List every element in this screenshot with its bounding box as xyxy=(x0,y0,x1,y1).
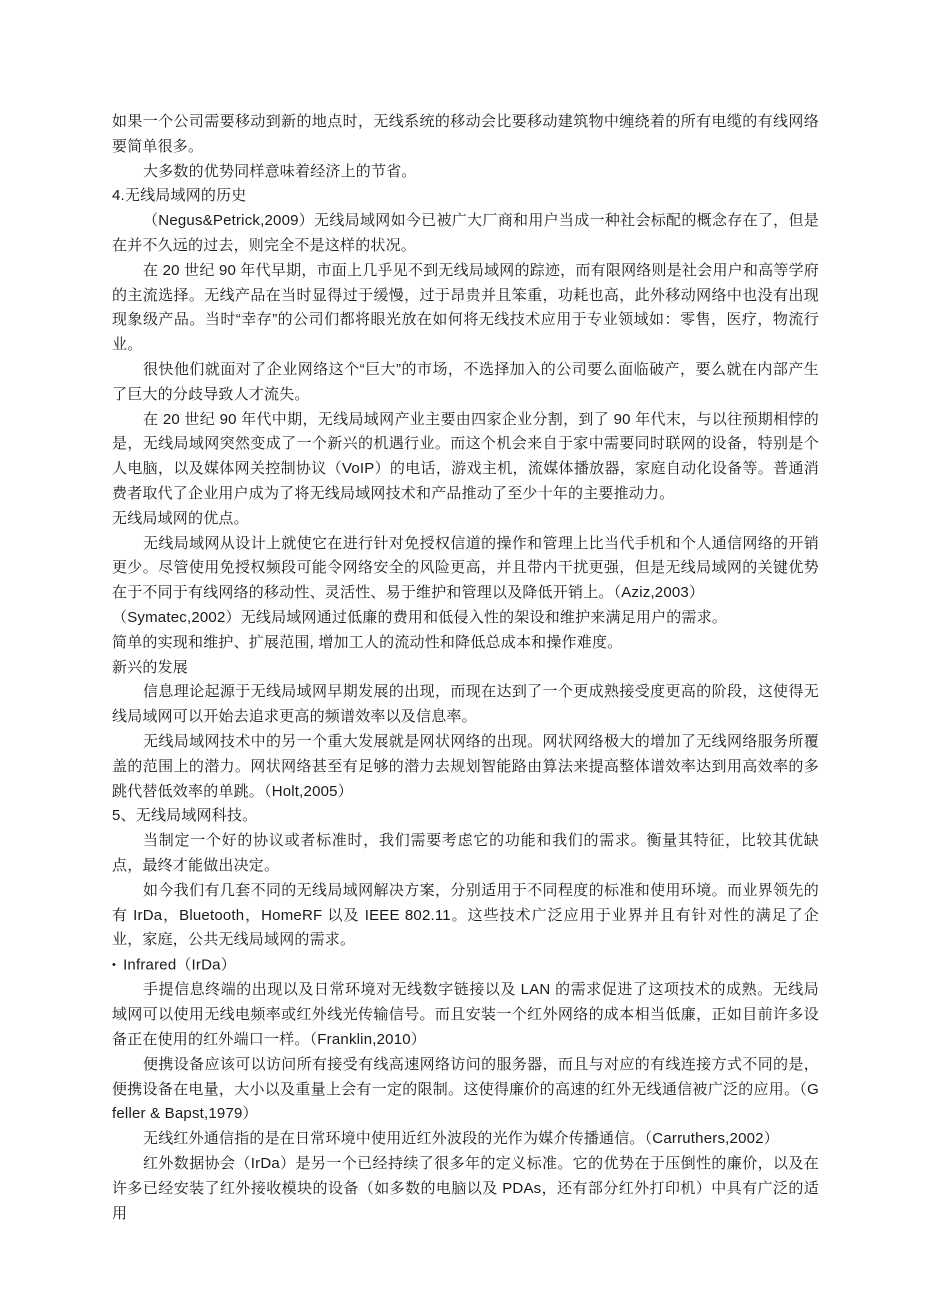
paragraph: 在 20 世纪 90 年代早期，市面上几乎见不到无线局域网的踪迹，而有限网络则是… xyxy=(112,259,819,358)
section-heading: 5、无线局域网科技。 xyxy=(112,804,819,829)
paragraph: 如果一个公司需要移动到新的地点时，无线系统的移动会比要移动建筑物中缠绕着的所有电… xyxy=(112,110,819,160)
paragraph: 在 20 世纪 90 年代中期，无线局域网产业主要由四家企业分割，到了 90 年… xyxy=(112,408,819,507)
section-heading: 4.无线局域网的历史 xyxy=(112,184,819,209)
paragraph: 信息理论起源于无线局域网早期发展的出现，而现在达到了一个更成熟接受度更高的阶段，… xyxy=(112,680,819,730)
paragraph: 无线红外通信指的是在日常环境中使用近红外波段的光作为媒介传播通信。（Carrut… xyxy=(112,1127,819,1152)
document-body: 如果一个公司需要移动到新的地点时，无线系统的移动会比要移动建筑物中缠绕着的所有电… xyxy=(112,110,819,1226)
section-heading: 无线局域网的优点。 xyxy=(112,507,819,532)
paragraph: 红外数据协会（IrDa）是另一个已经持续了很多年的定义标准。它的优势在于压倒性的… xyxy=(112,1152,819,1226)
paragraph: （Negus&Petrick,2009）无线局域网如今已被广大厂商和用户当成一种… xyxy=(112,209,819,259)
list-item: •Infrared（IrDa） xyxy=(112,953,819,978)
paragraph: 无线局域网技术中的另一个重大发展就是网状网络的出现。网状网络极大的增加了无线网络… xyxy=(112,730,819,804)
bullet-icon: • xyxy=(112,953,116,978)
paragraph: 如今我们有几套不同的无线局域网解决方案，分别适用于不同程度的标准和使用环境。而业… xyxy=(112,879,819,953)
document-page: 如果一个公司需要移动到新的地点时，无线系统的移动会比要移动建筑物中缠绕着的所有电… xyxy=(0,0,926,1309)
paragraph: 简单的实现和维护、扩展范围, 增加工人的流动性和降低总成本和操作难度。 xyxy=(112,631,819,656)
paragraph: 无线局域网从设计上就使它在进行针对免授权信道的操作和管理上比当代手机和个人通信网… xyxy=(112,532,819,606)
paragraph: 当制定一个好的协议或者标准时，我们需要考虑它的功能和我们的需求。衡量其特征，比较… xyxy=(112,829,819,879)
paragraph: 便携设备应该可以访问所有接受有线高速网络访问的服务器，而且与对应的有线连接方式不… xyxy=(112,1053,819,1127)
section-heading: 新兴的发展 xyxy=(112,656,819,681)
paragraph: 大多数的优势同样意味着经济上的节省。 xyxy=(112,160,819,185)
paragraph: 很快他们就面对了企业网络这个“巨大”的市场，不选择加入的公司要么面临破产，要么就… xyxy=(112,358,819,408)
paragraph: （Symatec,2002）无线局域网通过低廉的费用和低侵入性的架设和维护来满足… xyxy=(112,606,819,631)
paragraph: 手提信息终端的出现以及日常环境对无线数字链接以及 LAN 的需求促进了这项技术的… xyxy=(112,978,819,1052)
list-item-label: Infrared（IrDa） xyxy=(123,957,236,974)
